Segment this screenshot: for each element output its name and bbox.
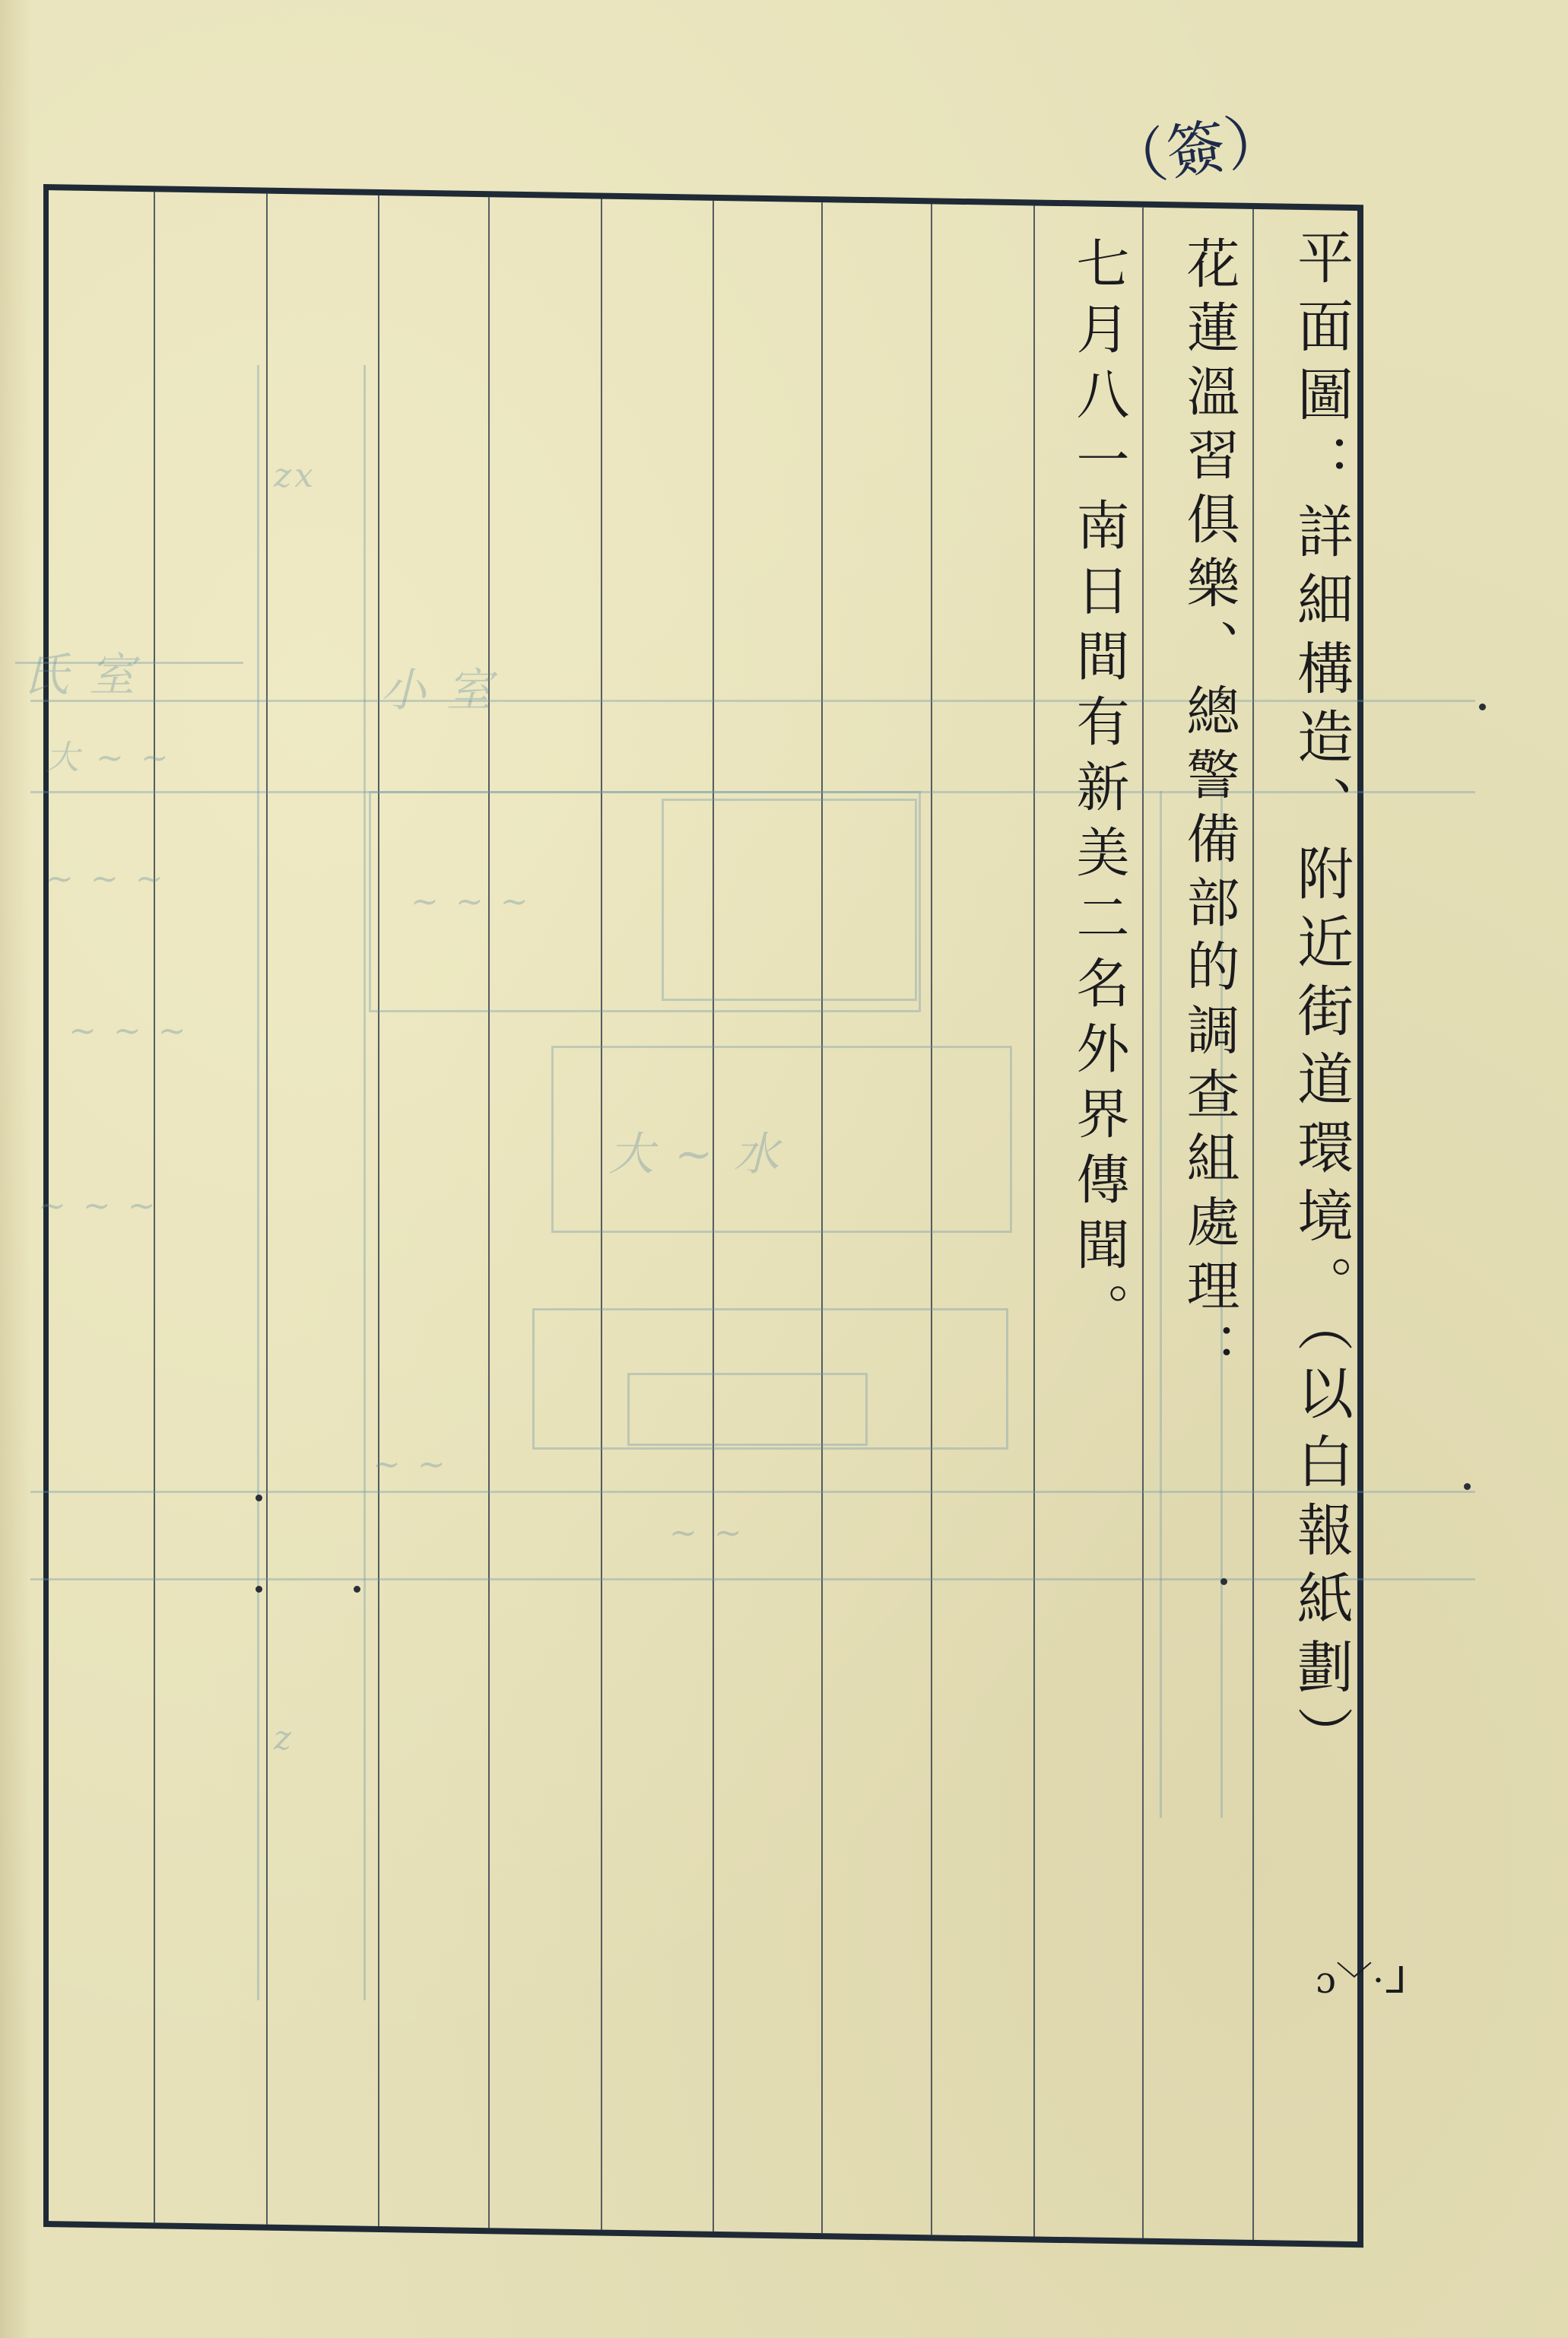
signature-mark: （簽） xyxy=(1101,91,1289,199)
column-rule xyxy=(1142,208,1144,2238)
sketch-scribble: zx xyxy=(274,456,316,495)
sketch-line xyxy=(30,1578,1475,1580)
sketch-scribble: ~ ~ ~ xyxy=(38,1186,159,1225)
sketch-scribble: 大 ~ 水 xyxy=(608,1118,782,1183)
ink-dot xyxy=(1479,704,1486,710)
sketch-line xyxy=(30,1491,1475,1493)
column-rule xyxy=(488,197,490,2228)
sketch-room xyxy=(627,1373,868,1446)
handwritten-column-3: 七月八一南日間有新美二名外界傳聞。 xyxy=(1072,236,1125,1491)
sketch-scribble: 氏 室 xyxy=(23,639,138,704)
ink-dot xyxy=(1220,1578,1227,1585)
sketch-line xyxy=(257,365,259,2000)
sketch-scribble: 小 室 xyxy=(380,654,495,720)
column-rule xyxy=(266,194,268,2225)
sketch-scribble: z xyxy=(274,1719,294,1758)
page-mark: ɔ﹀·ᒧ xyxy=(1316,1951,1406,2003)
sketch-scribble: ~ ~ xyxy=(373,1445,449,1484)
sketch-line xyxy=(30,700,1475,702)
sketch-room xyxy=(662,799,917,1001)
sketch-scribble: ~ ~ ~ xyxy=(46,859,167,898)
handwritten-column-2: 花蓮溫習俱樂、總警備部的調查組處理： xyxy=(1182,236,1236,1529)
document-page: （簽） zx 氏 室 小 室 大 ~ ~ ~ ~ ~ ~ ~ xyxy=(0,0,1568,2338)
handwritten-column-1: 平面圖：詳細構造、附近街道環境。（以白報紙劃） xyxy=(1293,228,1349,1901)
signature-text: （簽） xyxy=(1103,104,1289,197)
column-rule xyxy=(1033,205,1035,2236)
sketch-scribble: ~ ~ ~ xyxy=(68,1012,189,1050)
sketch-scribble: ~ ~ ~ xyxy=(411,882,532,921)
ink-dot xyxy=(1464,1483,1471,1490)
ink-dot xyxy=(354,1586,360,1593)
page-mark-text: ɔ﹀·ᒧ xyxy=(1316,1959,1406,2002)
column-rule xyxy=(1252,209,1254,2240)
ink-dot xyxy=(256,1495,262,1501)
sketch-scribble: 大 ~ ~ xyxy=(46,730,172,779)
column-rule xyxy=(378,195,379,2226)
sketch-line xyxy=(1160,791,1162,1818)
sketch-line xyxy=(363,365,366,2000)
ink-dot xyxy=(256,1586,262,1593)
sketch-scribble: ~ ~ xyxy=(669,1514,745,1552)
